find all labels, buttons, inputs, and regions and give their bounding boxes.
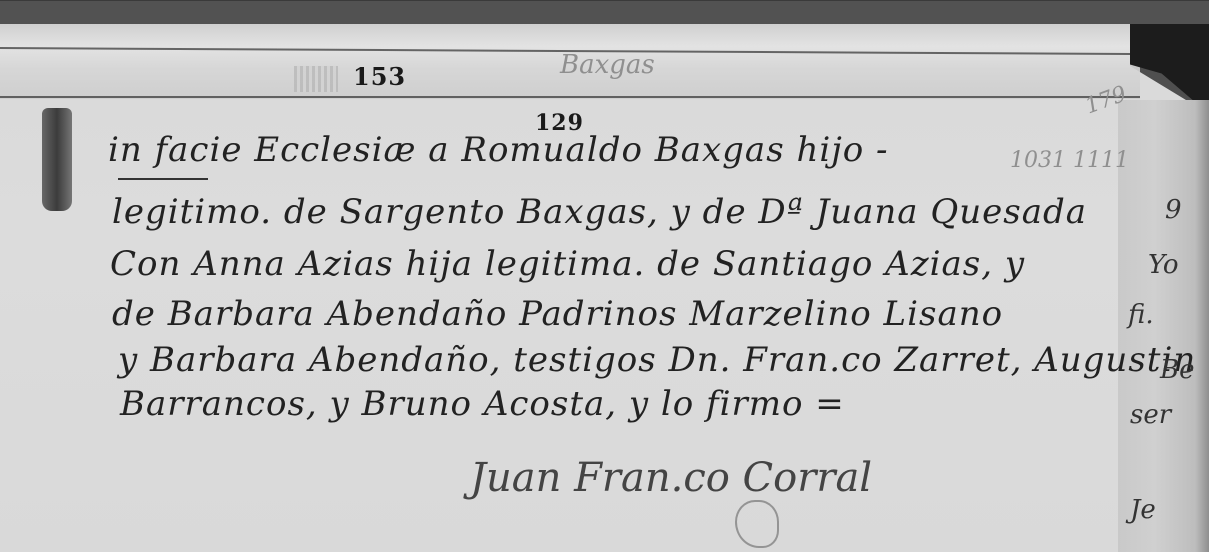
text-line-4: de Barbara Abendaño Padrinos Marzelino L… <box>112 294 1003 334</box>
margin-note-5: ser <box>1130 400 1171 430</box>
margin-note-6: Je <box>1130 495 1156 525</box>
signature-rubric <box>735 500 779 548</box>
viewer-top-bar <box>0 0 1209 25</box>
faded-stamp <box>294 66 338 92</box>
folio-stamp-number: 153 <box>353 62 406 91</box>
signature: Juan Fran.co Corral <box>470 455 872 501</box>
margin-ink-mark <box>42 108 72 211</box>
text-line-3: Con Anna Azias hija legitima. de Santiag… <box>110 244 1025 284</box>
text-line-6: Barrancos, y Bruno Acosta, y lo firmo = <box>120 384 845 424</box>
faint-header-text: Baxgas <box>560 50 655 80</box>
text-line-1: in facie Ecclesiæ a Romualdo Baxgas hijo… <box>108 130 889 170</box>
underline-mark <box>118 178 208 180</box>
fold-line-header <box>0 96 1140 98</box>
faint-annotation: 1031 1111 <box>1010 148 1129 173</box>
margin-note-4: Be <box>1160 355 1195 385</box>
text-line-2: legitimo. de Sargento Baxgas, y de Dª Ju… <box>112 192 1087 232</box>
margin-note-3: fi. <box>1128 300 1154 330</box>
margin-note-2: Yo <box>1148 250 1179 280</box>
text-line-5: y Barbara Abendaño, testigos Dn. Fran.co… <box>118 340 1196 380</box>
margin-note-1: 9 <box>1165 195 1182 225</box>
